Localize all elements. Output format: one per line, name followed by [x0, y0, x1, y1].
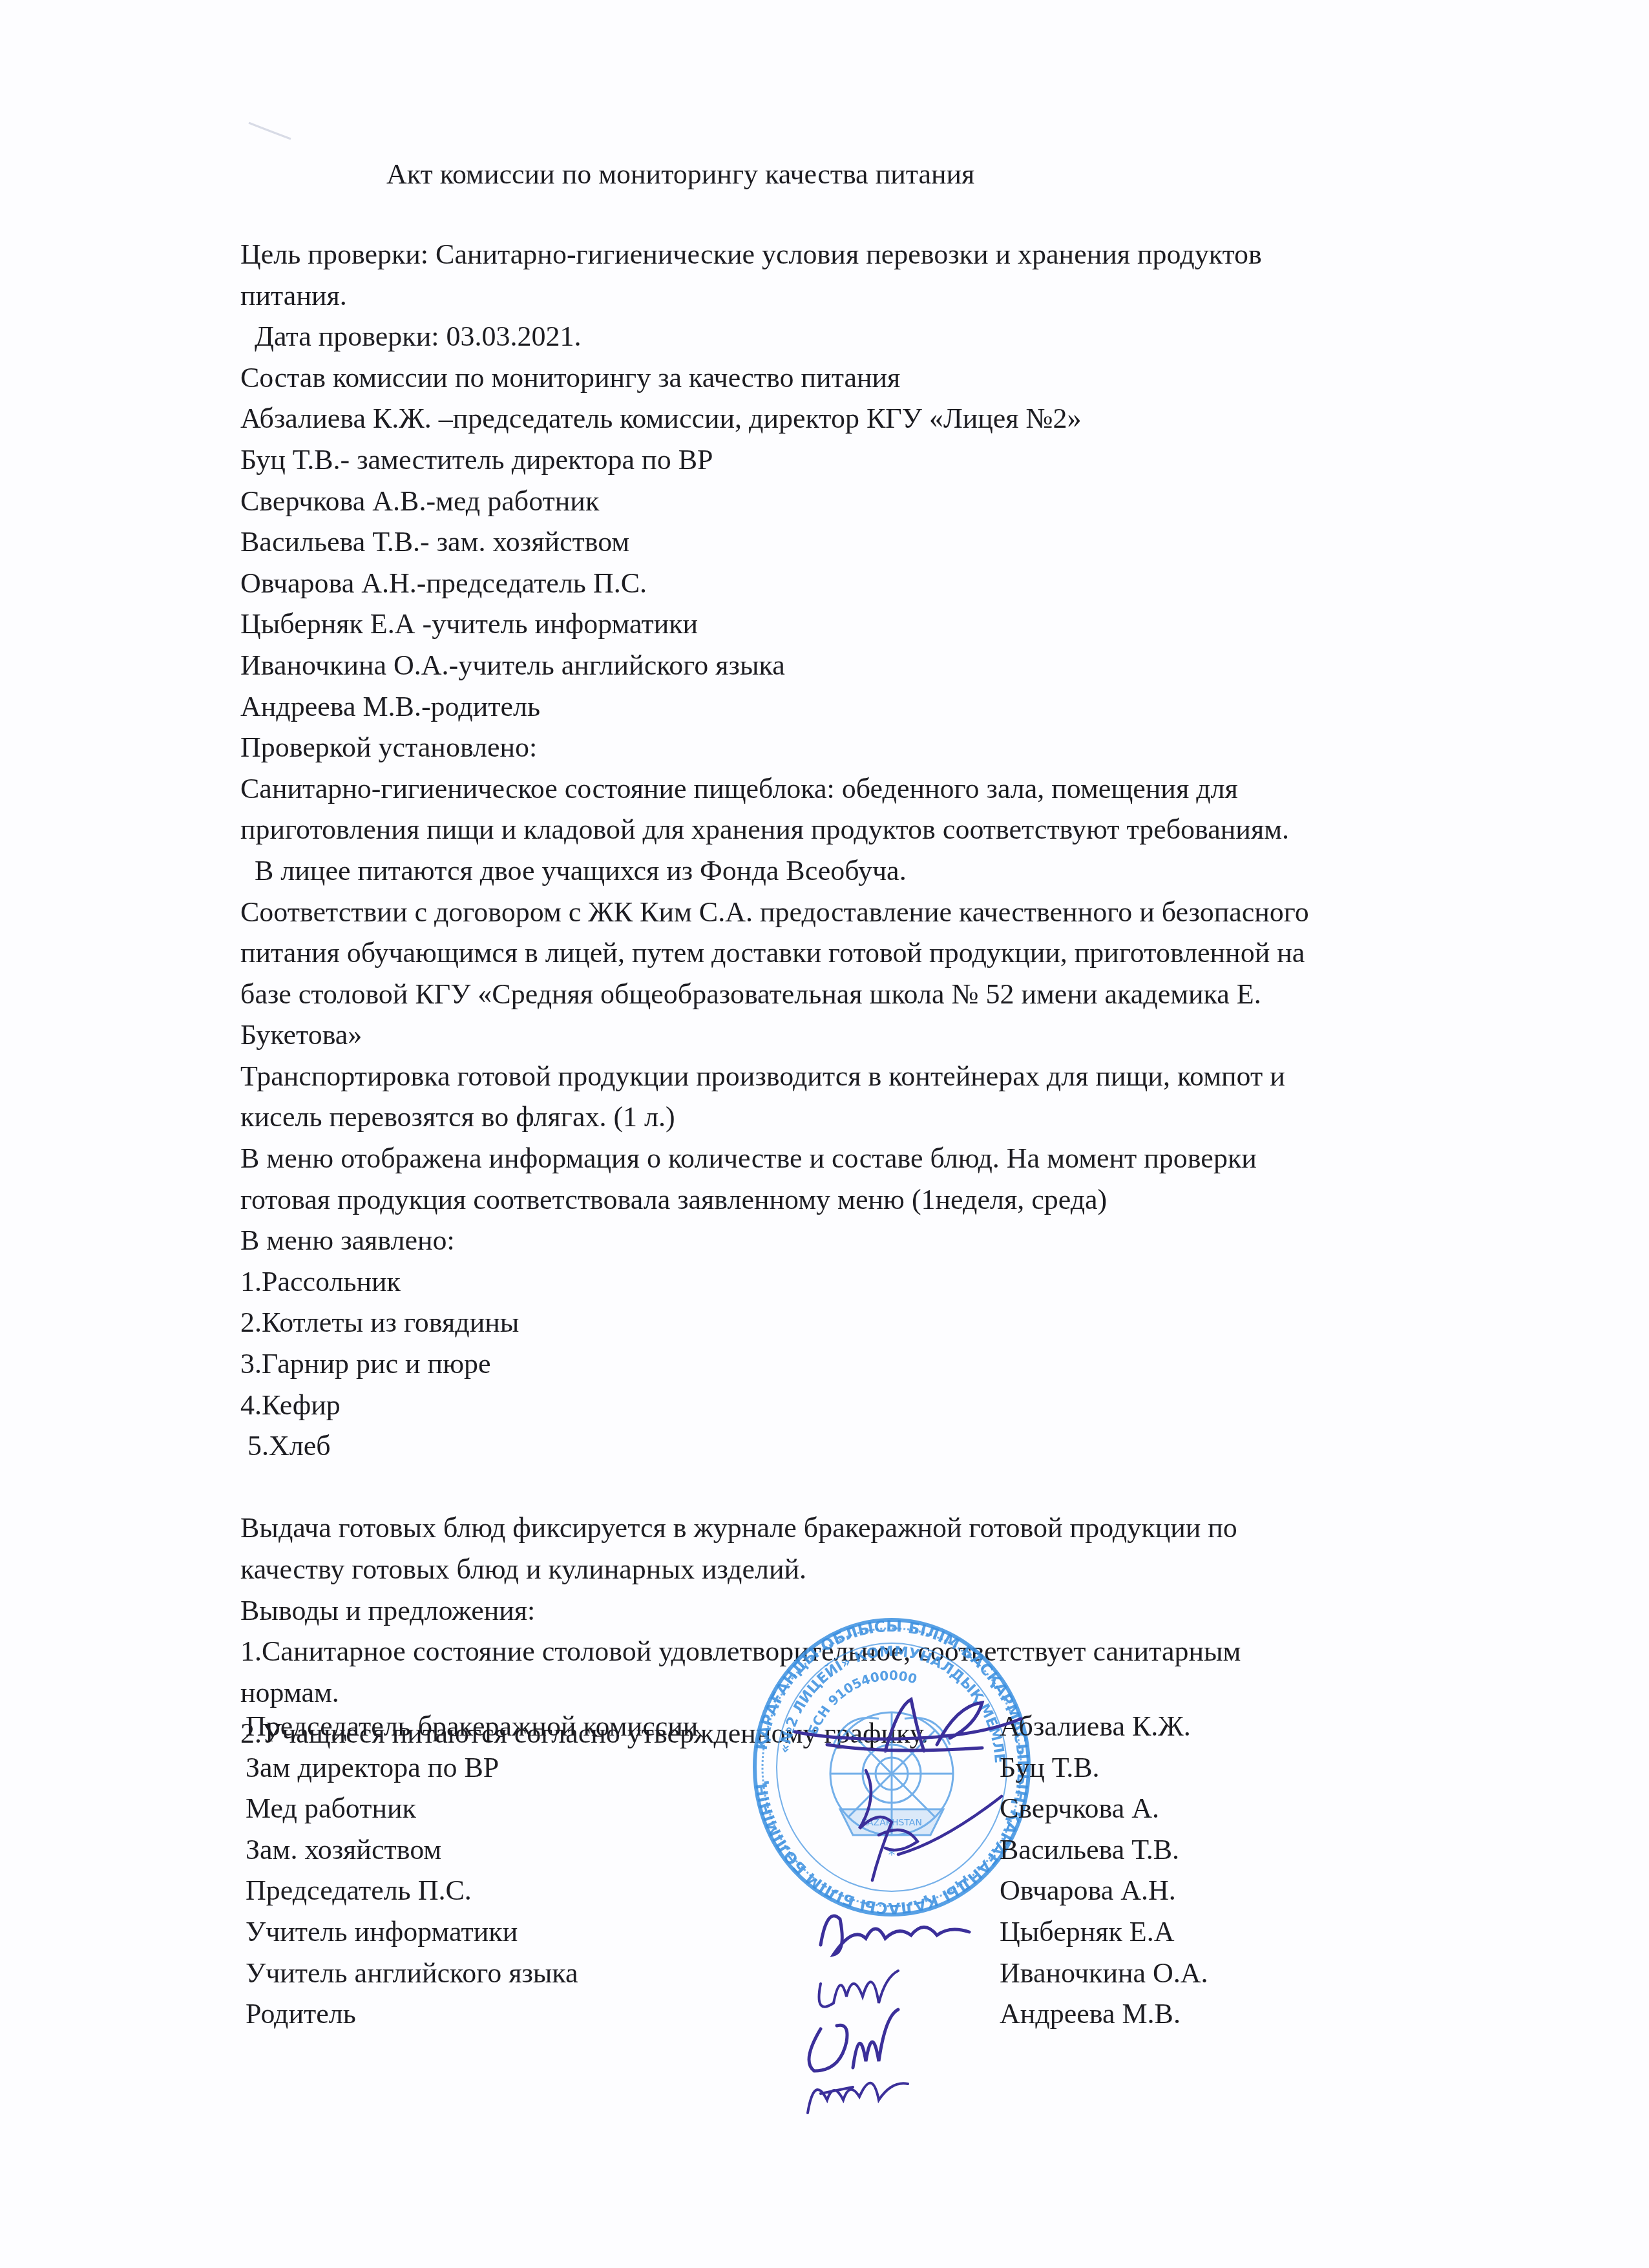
inspection-date: Дата проверки: 03.03.2021. — [240, 316, 1455, 357]
signature-role: Мед работник — [246, 1788, 416, 1829]
findings-line: Соответствии с договором с ЖК Ким С.А. п… — [240, 892, 1455, 933]
signature-name: Васильева Т.В. — [1000, 1829, 1179, 1871]
handwritten-signature-ovcharova — [814, 1900, 982, 1964]
member-item: Овчарова А.Н.-председатель П.С. — [240, 563, 1455, 604]
member-item: Иваночкина О.А.-учитель английского язык… — [240, 645, 1455, 686]
member-item: Буц Т.В.- заместитель директора по ВР — [240, 439, 1455, 481]
signature-role: Зам. хозяйством — [246, 1829, 441, 1871]
signature-role: Председатель бракеражной комиссии — [246, 1706, 698, 1747]
signature-name: Иваночкина О.А. — [1000, 1953, 1208, 1994]
purpose-line: Цель проверки: Санитарно-гигиенические у… — [240, 234, 1455, 275]
findings-line: приготовления пищи и кладовой для хранен… — [240, 809, 1455, 850]
scan-artifact-mark — [246, 116, 297, 142]
handwritten-signature-andreeva — [801, 2061, 918, 2119]
document-title: Акт комиссии по мониторингу качества пит… — [386, 155, 974, 194]
menu-item: 1.Рассольник — [240, 1261, 1455, 1303]
handwritten-signature-buts — [840, 1758, 1008, 1887]
menu-heading: В меню заявлено: — [240, 1220, 1455, 1261]
findings-line: базе столовой КГУ «Средняя общеобразоват… — [240, 974, 1455, 1015]
findings-line: питания обучающимся в лицей, путем доста… — [240, 932, 1455, 974]
purpose-line-cont: питания. — [240, 275, 1455, 317]
member-item: Цыберняк Е.А -учитель информатики — [240, 604, 1455, 645]
signature-name: Овчарова А.Н. — [1000, 1870, 1176, 1911]
menu-item: 2.Котлеты из говядины — [240, 1302, 1455, 1343]
journal-line: качеству готовых блюд и кулинарных издел… — [240, 1549, 1455, 1590]
member-item: Абзалиева К.Ж. –председатель комиссии, д… — [240, 398, 1455, 439]
document-page: Акт комиссии по мониторингу качества пит… — [0, 0, 1649, 2268]
findings-heading: Проверкой установлено: — [240, 727, 1455, 768]
menu-item: 4.Кефир — [240, 1385, 1455, 1426]
member-item: Сверчкова А.В.-мед работник — [240, 481, 1455, 522]
findings-line: В лицее питаются двое учащихся из Фонда … — [240, 850, 1455, 892]
menu-item: 3.Гарнир рис и пюре — [240, 1343, 1455, 1385]
findings-line: готовая продукция соответствовала заявле… — [240, 1179, 1455, 1221]
blank-line — [240, 1467, 1455, 1508]
signature-role: Зам директора по ВР — [246, 1747, 499, 1789]
commission-heading: Состав комиссии по мониторингу за качест… — [240, 357, 1455, 399]
document-body: Цель проверки: Санитарно-гигиенические у… — [240, 234, 1455, 1754]
findings-line: В меню отображена информация о количеств… — [240, 1138, 1455, 1179]
findings-line: Санитарно-гигиеническое состояние пищебл… — [240, 768, 1455, 810]
journal-line: Выдача готовых блюд фиксируется в журнал… — [240, 1507, 1455, 1549]
signature-name: Андреева М.В. — [1000, 1993, 1181, 2035]
signature-name: Цыберняк Е.А — [1000, 1911, 1175, 1953]
signature-role: Родитель — [246, 1993, 356, 2035]
member-item: Васильева Т.В.- зам. хозяйством — [240, 521, 1455, 563]
signature-role: Учитель информатики — [246, 1911, 518, 1953]
signature-role: Учитель английского языка — [246, 1953, 578, 1994]
signature-name: Сверчкова А. — [1000, 1788, 1159, 1829]
findings-line: кисель перевозятся во флягах. (1 л.) — [240, 1097, 1455, 1138]
findings-line: Транспортировка готовой продукции произв… — [240, 1056, 1455, 1097]
signature-role: Председатель П.С. — [246, 1870, 472, 1911]
member-item: Андреева М.В.-родитель — [240, 686, 1455, 728]
findings-line: Букетова» — [240, 1014, 1455, 1056]
menu-item: 5.Хлеб — [240, 1425, 1455, 1467]
